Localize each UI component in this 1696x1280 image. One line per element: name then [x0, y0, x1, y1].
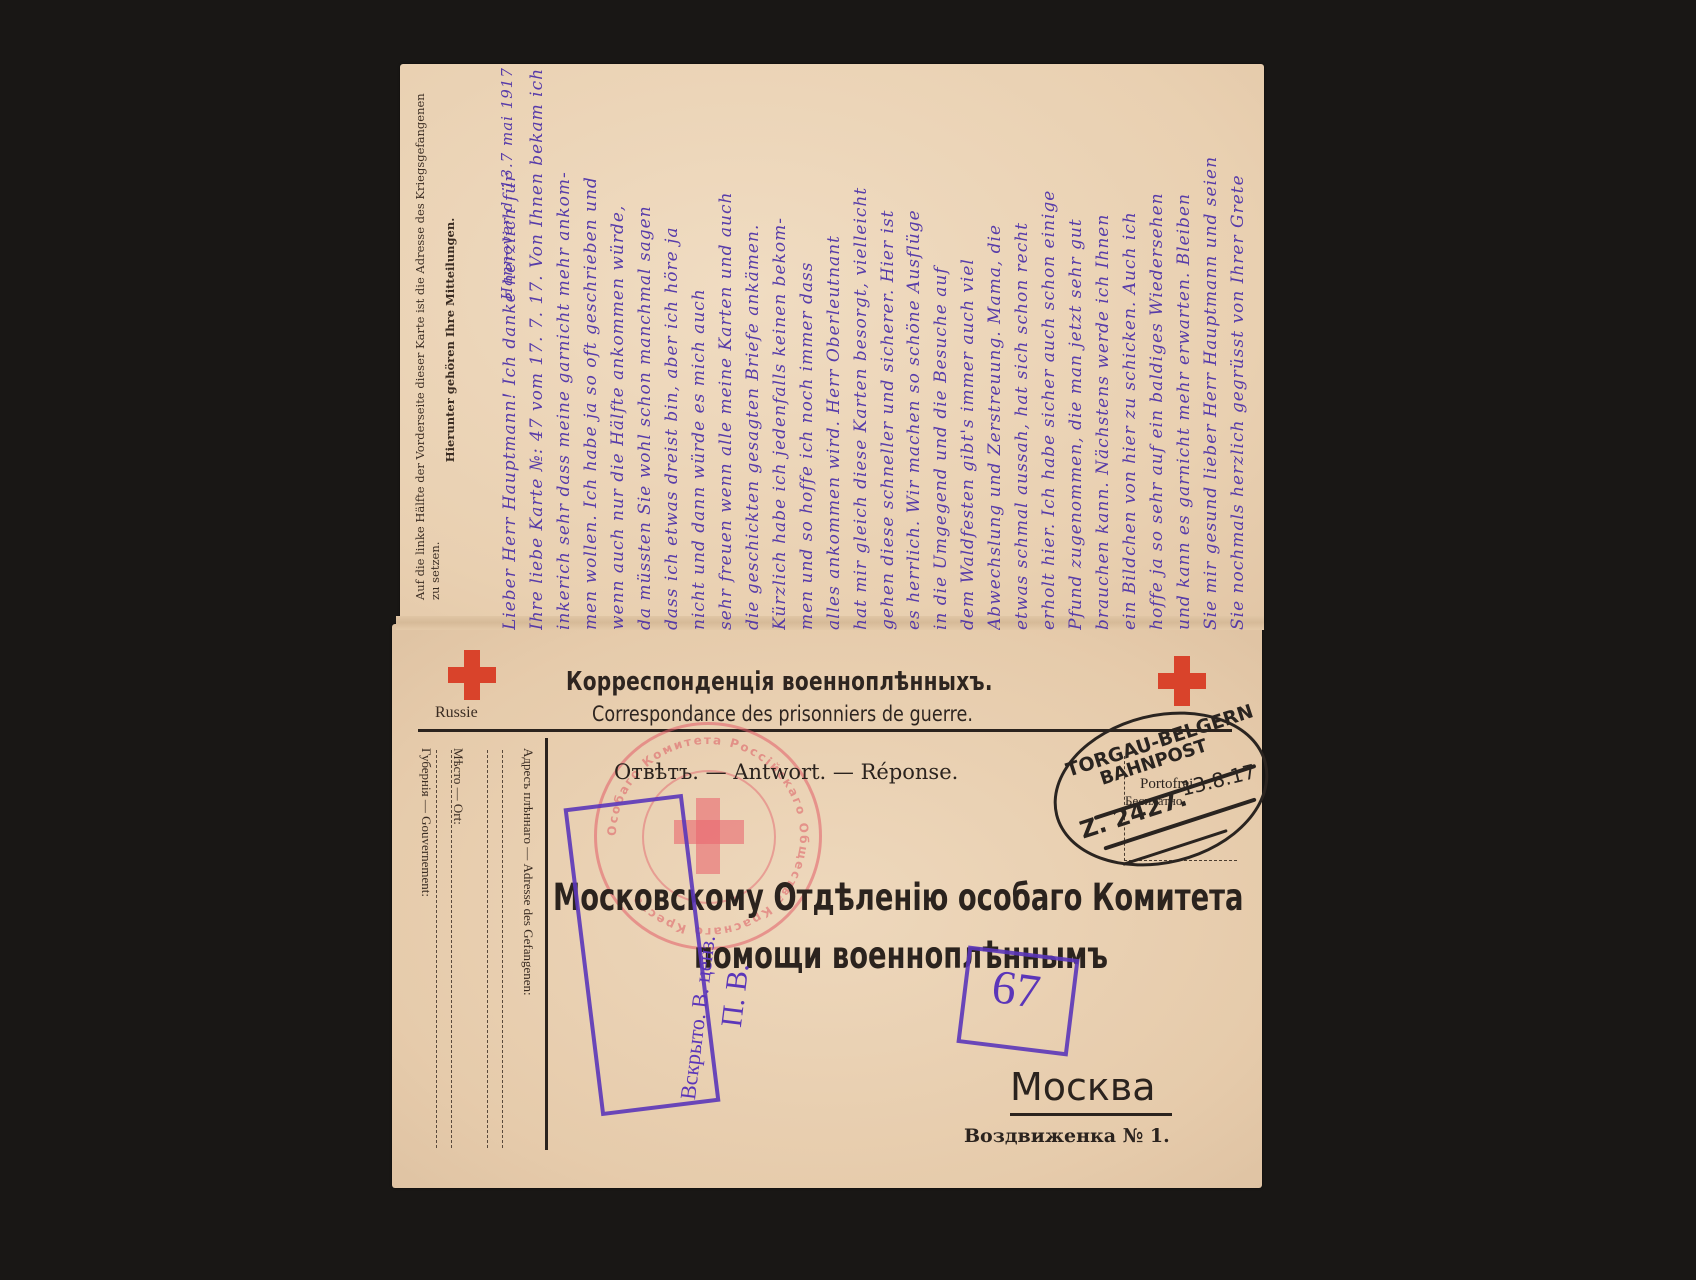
handwritten-line: da müssten Sie wohl schon manchmal sagen	[635, 70, 655, 630]
country-label: Russie	[435, 704, 478, 722]
handwritten-line: etwas schmal aussah, hat sich schon rech…	[1012, 70, 1032, 630]
handwritten-line: und kann es garnicht mehr erwarten. Blei…	[1174, 70, 1194, 630]
handwritten-line: erholt hier. Ich habe sicher auch schon …	[1039, 70, 1059, 630]
sender-address-label: Адресъ плѣннаго — Adresse des Gefangenen…	[520, 748, 536, 996]
handwritten-line: hoffe ja so sehr auf ein baldiges Wieder…	[1147, 70, 1167, 630]
handwritten-line: wenn auch nur die Hälfte ankommen würde,	[608, 70, 628, 630]
handwritten-line: Sie nochmals herzlich gegrüsst von Ihrer…	[1228, 70, 1248, 630]
reply-line: Отвѣтъ. — Antwort. — Réponse.	[614, 760, 958, 784]
handwritten-line: ein Bildchen von hier zu schicken. Auch …	[1120, 70, 1140, 630]
red-cross-icon-right	[1158, 656, 1206, 706]
sender-place-label: Мѣсто — Ort:	[450, 748, 466, 825]
handwritten-line: Ihre liebe Karte №: 47 vom 17. 7. 17. Vo…	[527, 70, 547, 630]
handwritten-line: brauchen kann. Nächstens werde ich Ihnen	[1093, 70, 1113, 630]
header-title: Корреспонденція военноплѣнныхъ.	[566, 667, 993, 697]
instruction-text: Auf die linke Hälfte der Vorderseite die…	[413, 93, 442, 600]
handwritten-line: hat mir gleich diese Karten besorgt, vie…	[851, 70, 871, 630]
handwritten-line: sehr freuen wenn alle meine Karten und a…	[716, 70, 736, 630]
instruction-bold: Hierunter gehören Ihre Mitteilungen.	[443, 80, 458, 600]
number-stamp-value: 67	[988, 959, 1043, 1020]
handwritten-date: Hannover d. 13.7 mai 1917	[498, 67, 516, 300]
handwritten-line: inkerich sehr dass meine garnicht mehr a…	[554, 70, 574, 630]
sender-column-divider	[545, 738, 548, 1150]
handwritten-line: Sie mir gesund lieber Herr Hauptmann und…	[1201, 70, 1221, 630]
handwritten-line: gehen diese schneller und sicherer. Hier…	[878, 70, 898, 630]
handwritten-line: alles ankommen wird. Herr Oberleutnant	[824, 70, 844, 630]
handwritten-line: die geschickten gesagten Briefe ankämen.	[743, 70, 763, 630]
handwritten-line: Pfund zugenommen, die man jetzt sehr gut	[1066, 70, 1086, 630]
recipient-street: Воздвиженка № 1.	[964, 1125, 1170, 1147]
handwritten-line: Abwechslung und Zerstreuung. Mama, die	[985, 70, 1005, 630]
handwritten-line: men wollen. Ich habe ja so oft geschrieb…	[581, 70, 601, 630]
handwritten-line: es herrlich. Wir machen so schöne Ausflü…	[904, 70, 924, 630]
recipient-city: Москва	[1010, 1065, 1156, 1109]
city-underline	[1010, 1113, 1172, 1116]
red-cross-icon-left	[448, 650, 496, 700]
sender-province-label: Губернія — Gouvernement:	[418, 748, 434, 897]
handwritten-line: men und so hoffe ich noch immer dass	[797, 70, 817, 630]
printed-instruction: Auf die linke Hälfte der Vorderseite die…	[413, 80, 458, 600]
dotted-line-2	[487, 750, 488, 1148]
handwritten-line: in die Umgegend und die Besuche auf	[931, 70, 951, 630]
dotted-line-1	[502, 750, 503, 1148]
handwritten-line: nicht und dann würde es mich auch	[689, 70, 709, 630]
handwritten-line: Kürzlich habe ich jedenfalls keinen beko…	[770, 70, 790, 630]
handwritten-line: dass ich etwas dreist bin, aber ich höre…	[662, 70, 682, 630]
dotted-line-4	[436, 750, 437, 1148]
handwritten-line: dem Waldfesten gibt's immer auch viel	[958, 70, 978, 630]
